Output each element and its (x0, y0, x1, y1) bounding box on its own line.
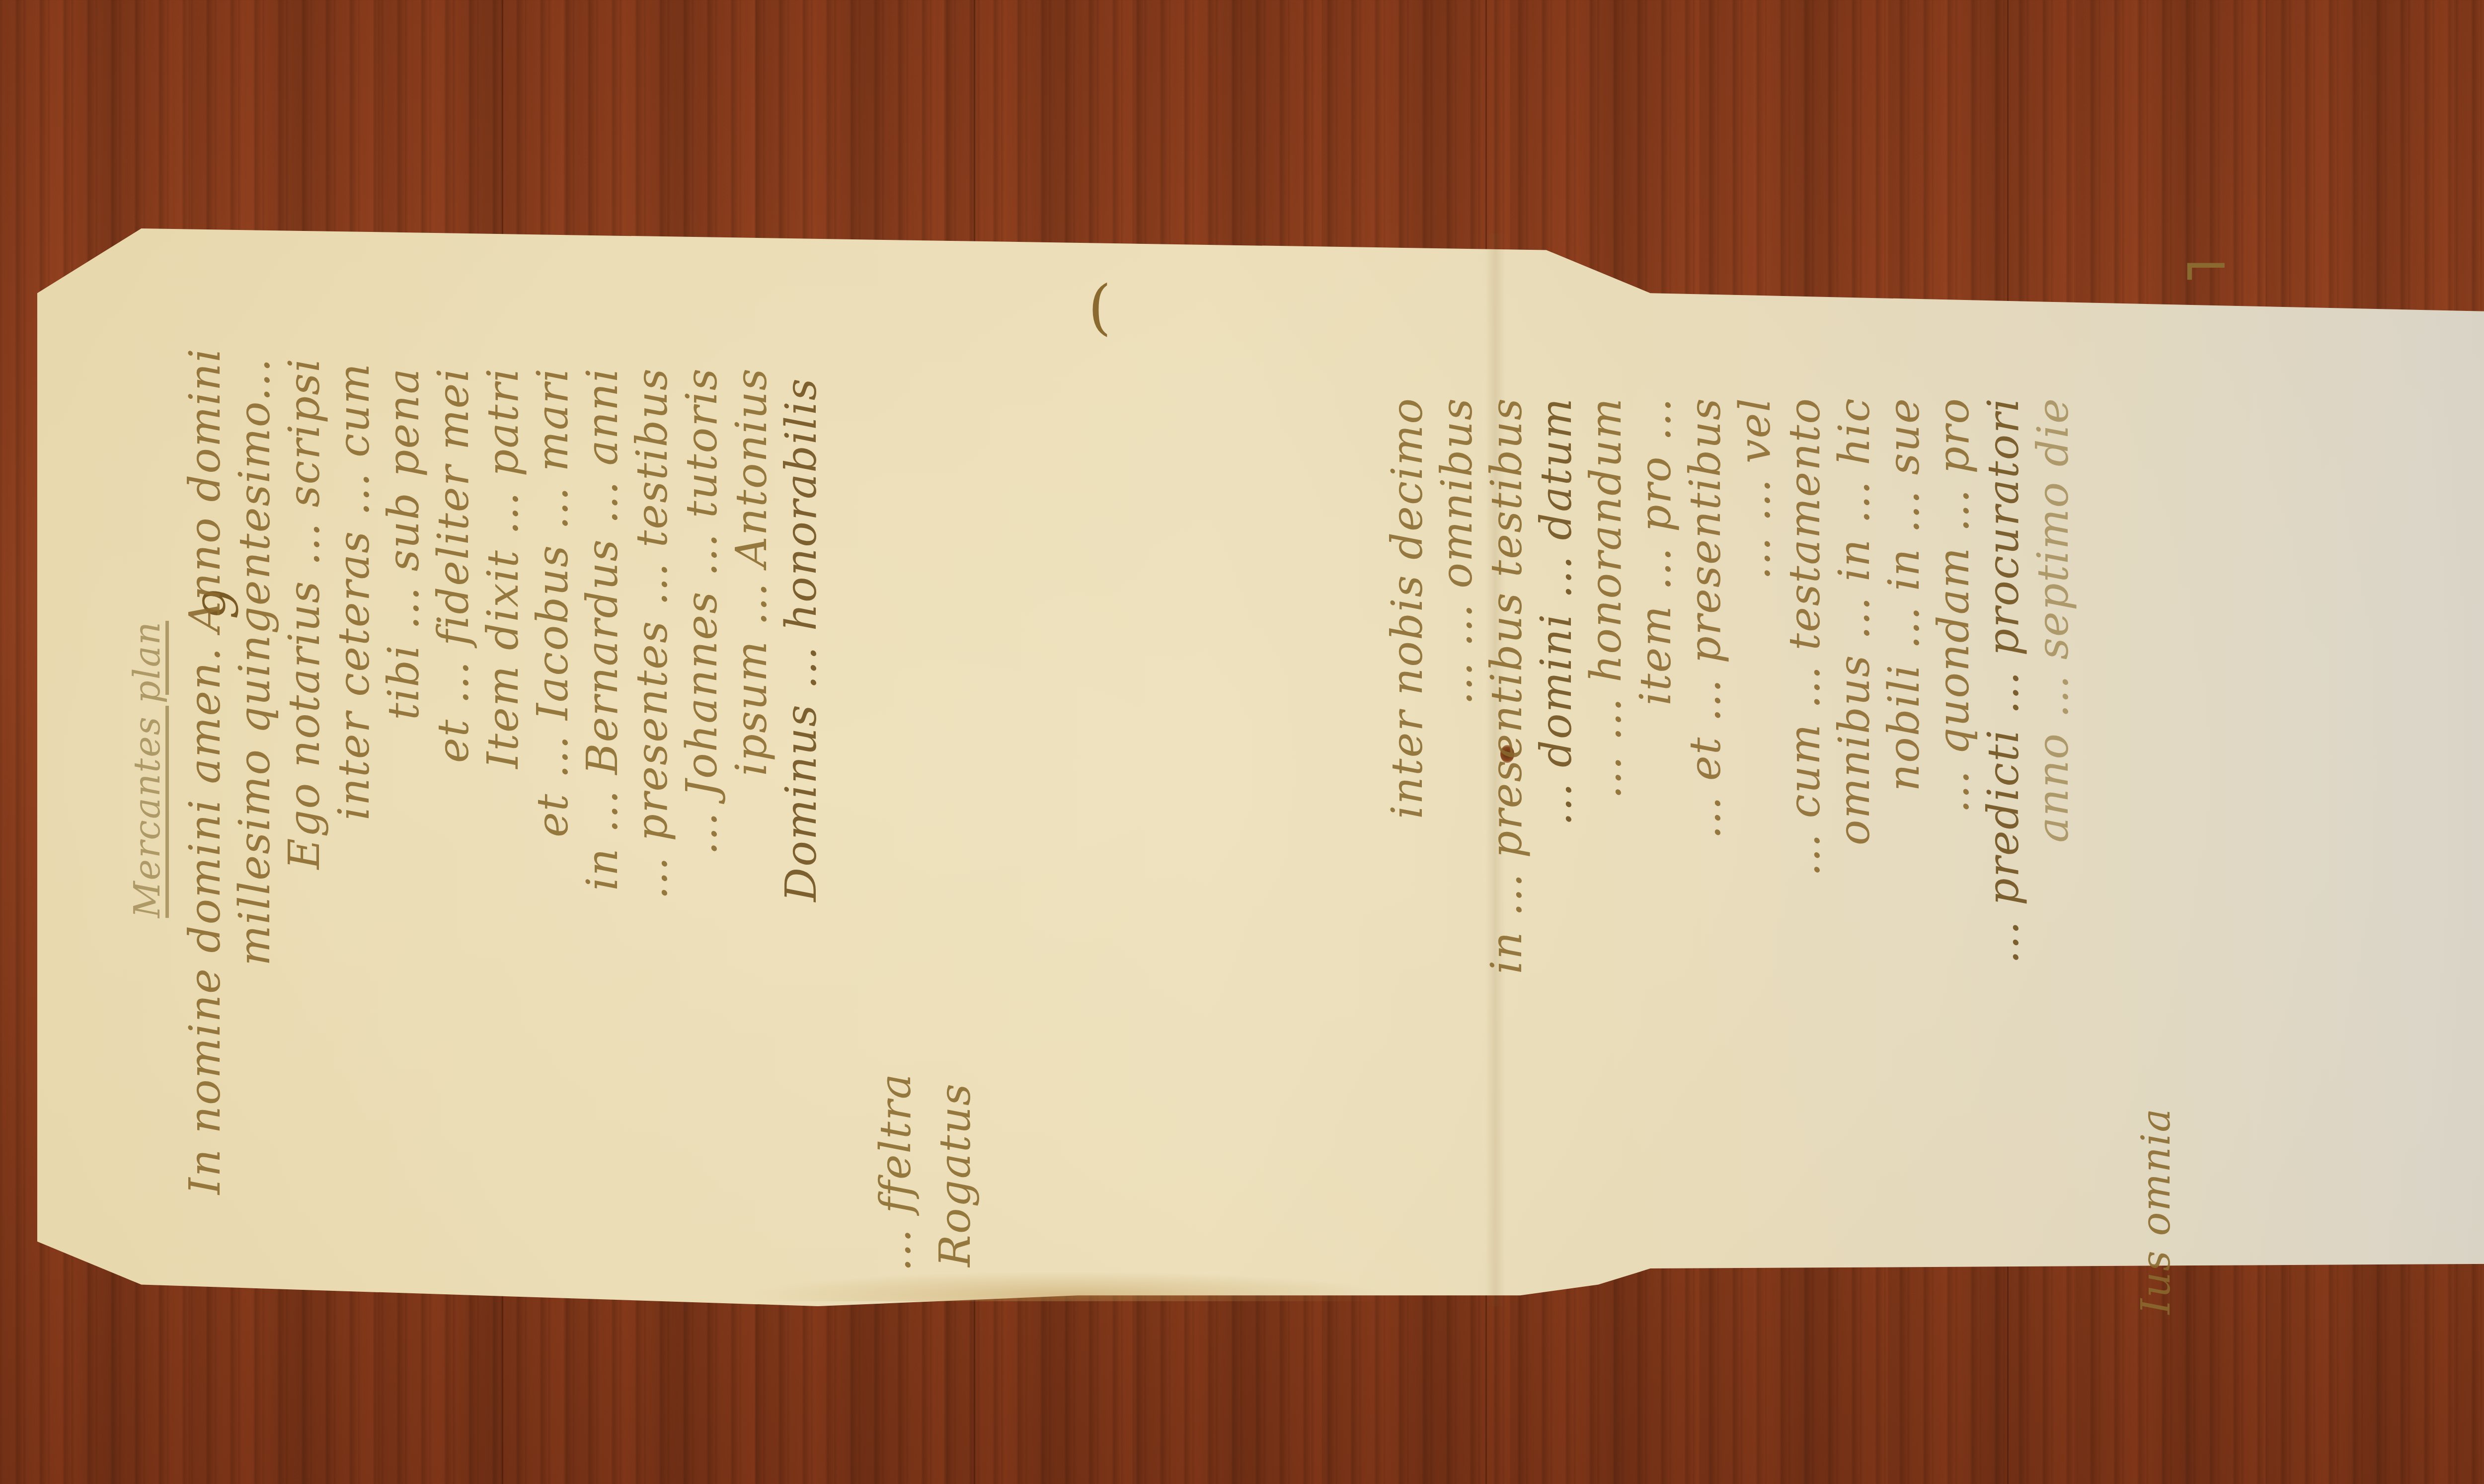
text-line: anno ... septimo die (2032, 397, 2075, 843)
bracket-mark: ⌐ (2181, 233, 2231, 302)
text-line: nobili ... in ... sue (1883, 397, 1926, 791)
signature-rogatus: Rogatus (934, 1083, 977, 1267)
text-line: inter nobis decimo (1386, 397, 1429, 819)
text-line: ... et ... presentibus (1684, 397, 1727, 839)
text-line: et ... Iacobus ... mari (532, 368, 574, 837)
text-line: in ... presentibus testibus (1485, 397, 1528, 974)
text-line: ... cum ... testamento (1784, 397, 1826, 877)
text-line: tibi ... sub pena (383, 368, 425, 720)
text-line: Item dixit ... patri (482, 368, 525, 769)
text-line: in ... Bernardus ... anni (581, 368, 624, 890)
text-line: ... presentes ... testibus (631, 368, 674, 899)
text-line: ... Johannes ... tutoris (681, 368, 723, 855)
text-line: omnibus ... in ... hic (1833, 397, 1876, 845)
text-line: ... domini ... datum (1535, 397, 1578, 826)
text-line: item ... pro ... (1634, 397, 1677, 705)
margin-note: Ius omnia (2136, 1108, 2176, 1314)
text-line: ... quondam ... pro (1933, 397, 1975, 813)
text-line: Ego notarius ... scripsi (283, 358, 326, 869)
text-line: inter ceteras ... cum (333, 363, 376, 820)
manuscript-heading: Mercantes plan (129, 621, 165, 918)
text-line: ... ... vel (1734, 397, 1777, 580)
text-line: Dominus ... honorabilis (780, 377, 823, 902)
text-line: et ... fideliter mei (432, 368, 475, 763)
text-line: ... ffeltra (874, 1073, 917, 1271)
text-line: millesimo quingentesimo... (233, 358, 276, 966)
water-stain (745, 1271, 1391, 1301)
text-line: ... ... honorandum (1585, 397, 1628, 799)
text-line: ... predicti ... procuratori (1982, 397, 2025, 964)
text-line: ipsum ... Antonius (730, 368, 773, 776)
bracket-mark: ( (1088, 273, 1111, 342)
text-line: ... ... omnibus (1436, 397, 1478, 705)
text-line: In nomine domini amen. Anno domini (184, 348, 227, 1194)
